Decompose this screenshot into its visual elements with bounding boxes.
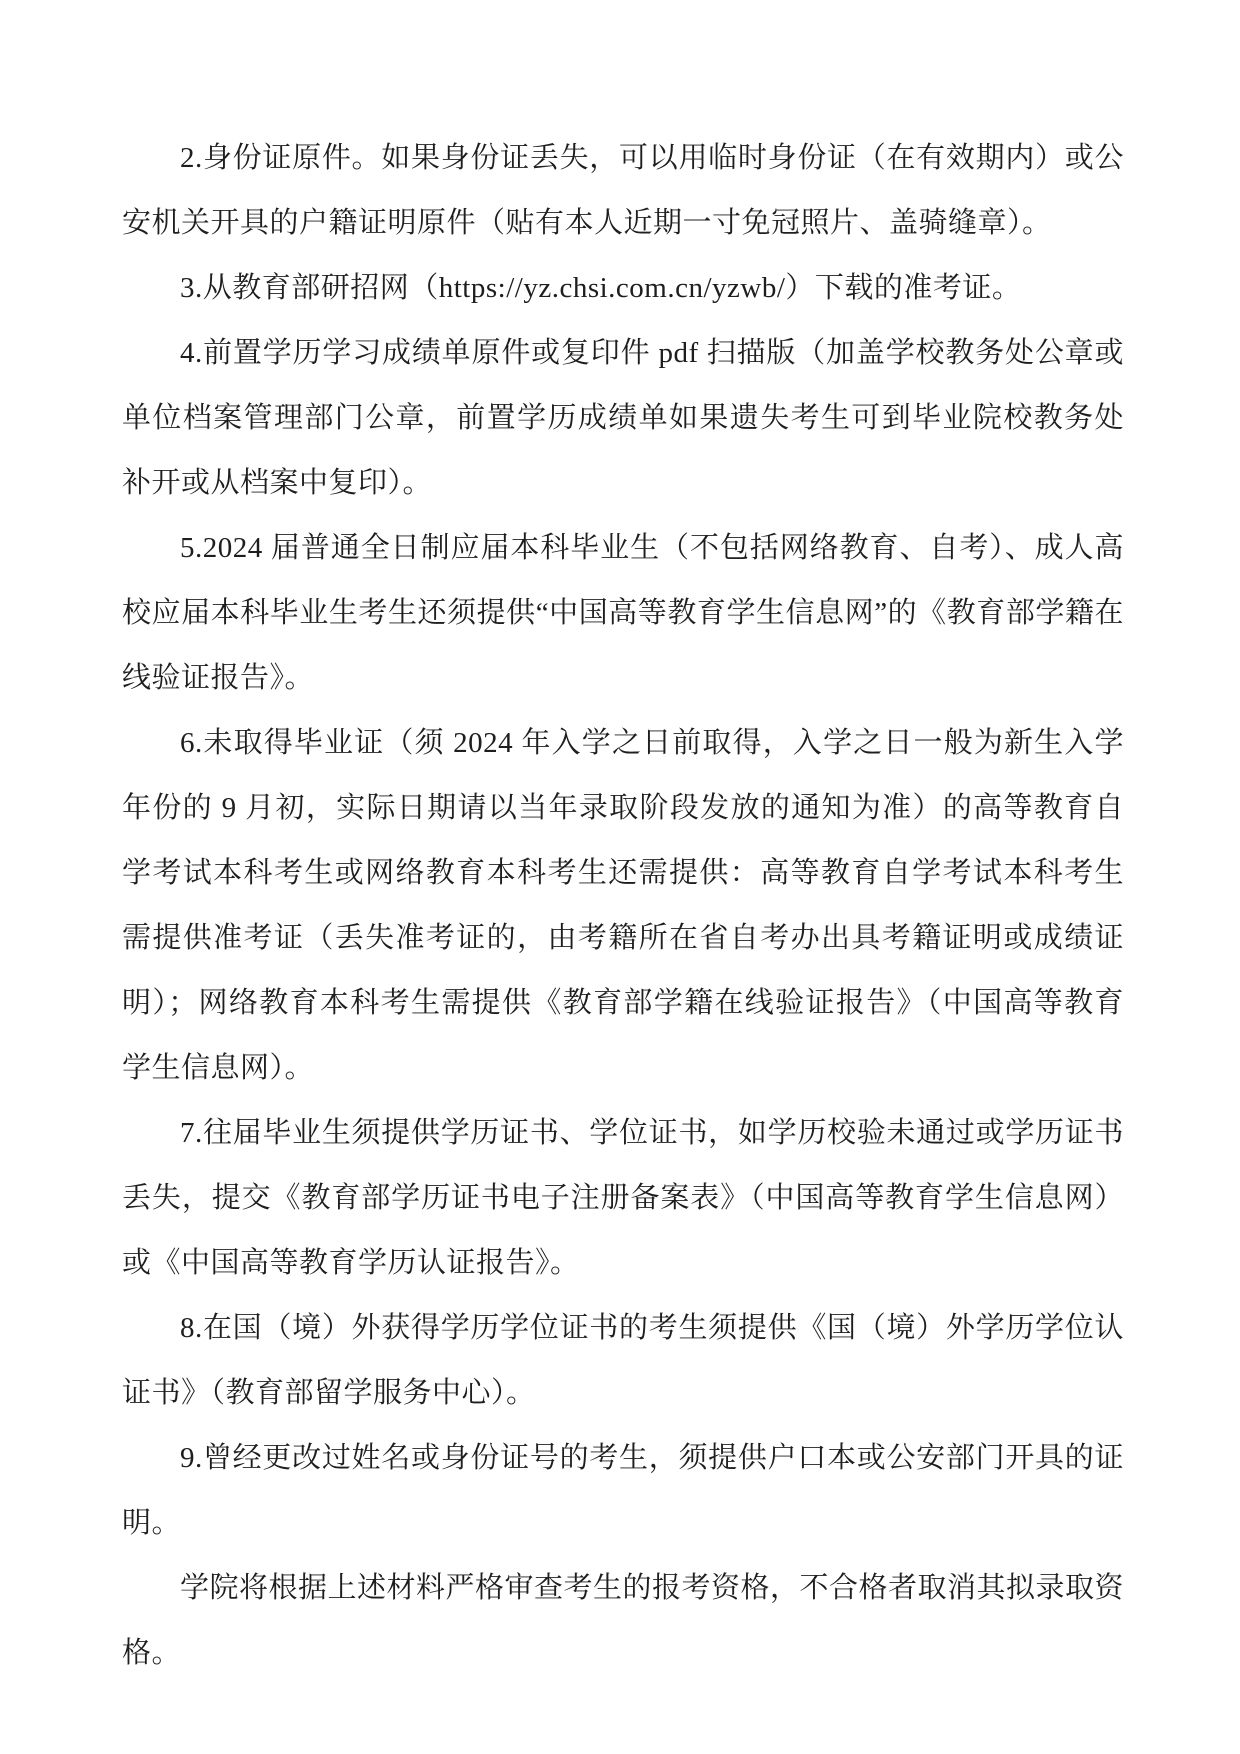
paragraph-item-8-overseas-degree: 8.在国（境）外获得学历学位证书的考生须提供《国（境）外学历学位认证书》（教育部… (122, 1296, 1124, 1426)
paragraph-item-7-previous-graduates: 7.往届毕业生须提供学历证书、学位证书，如学历校验未通过或学历证书丢失，提交《教… (122, 1101, 1124, 1296)
paragraph-item-3-admission-ticket: 3.从教育部研招网（https://yz.chsi.com.cn/yzwb/）下… (122, 256, 1124, 321)
paragraph-closing-statement: 学院将根据上述材料严格审查考生的报考资格，不合格者取消其拟录取资格。 (122, 1556, 1124, 1686)
paragraph-item-9-name-change: 9.曾经更改过姓名或身份证号的考生，须提供户口本或公安部门开具的证明。 (122, 1426, 1124, 1556)
paragraph-item-5-2024-graduates: 5.2024 届普通全日制应届本科毕业生（不包括网络教育、自考）、成人高校应届本… (122, 516, 1124, 711)
paragraph-item-6-no-diploma-yet: 6.未取得毕业证（须 2024 年入学之日前取得，入学之日一般为新生入学年份的 … (122, 711, 1124, 1101)
paragraph-item-2-id-card: 2.身份证原件。如果身份证丢失，可以用临时身份证（在有效期内）或公安机关开具的户… (122, 126, 1124, 256)
paragraph-item-4-transcript: 4.前置学历学习成绩单原件或复印件 pdf 扫描版（加盖学校教务处公章或单位档案… (122, 321, 1124, 516)
document-page: 2.身份证原件。如果身份证丢失，可以用临时身份证（在有效期内）或公安机关开具的户… (0, 0, 1240, 1754)
